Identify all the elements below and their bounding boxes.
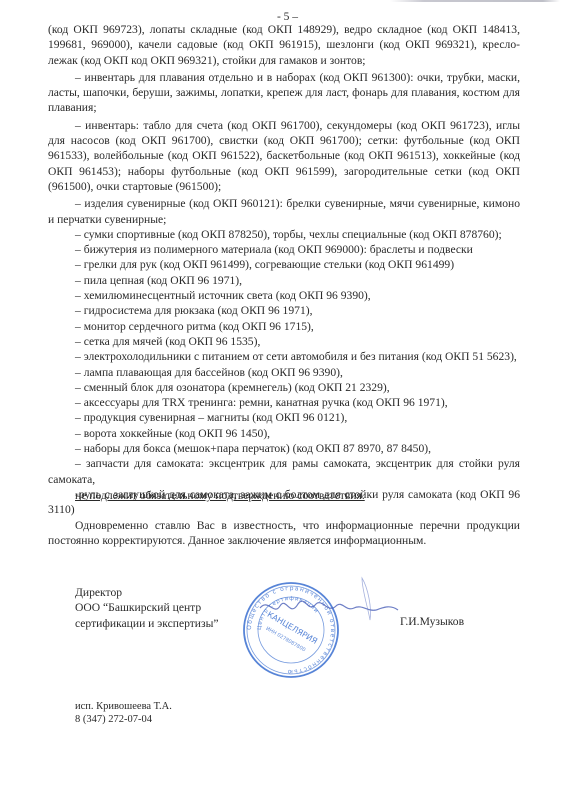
list-item: – хемилюминесцентный источник света (код… bbox=[48, 288, 520, 303]
executor-block: исп. Кривошеева Т.А. 8 (347) 272-07-04 bbox=[75, 700, 172, 726]
scan-edge-artifact bbox=[390, 0, 560, 2]
list-item: – наборы для бокса (мешок+пара перчаток)… bbox=[48, 441, 520, 456]
notice-line-1: Одновременно ставлю Вас в известность, ч… bbox=[48, 518, 520, 533]
signatory-org-line-1: ООО “Башкирский центр bbox=[75, 600, 219, 615]
paragraph-swimming-inventory: – инвентарь для плавания отдельно и в на… bbox=[48, 70, 520, 116]
list-item: – бижутерия из полимерного материала (ко… bbox=[48, 242, 520, 257]
list-item: – ворота хоккейные (код ОКП 96 1450), bbox=[48, 426, 520, 441]
list-item-scooter-parts: – запчасти для самоката: эксцентрик для … bbox=[48, 456, 520, 487]
paragraph-inventory: – инвентарь: табло для счета (код ОКП 96… bbox=[48, 118, 520, 194]
conclusion-text: не подлежит обязательному подтверждению … bbox=[75, 489, 365, 502]
handwritten-signature-icon bbox=[250, 568, 410, 638]
list-item: – монитор сердечного ритма (код ОКП 96 1… bbox=[48, 319, 520, 334]
signatory-org-line-2: сертификации и экспертизы” bbox=[75, 616, 219, 631]
paragraph-continuation: (код ОКП 969723), лопаты складные (код О… bbox=[48, 22, 520, 68]
list-item: – грелки для рук (код ОКП 961499), согре… bbox=[48, 257, 520, 272]
executor-name: исп. Кривошеева Т.А. bbox=[75, 700, 172, 713]
executor-phone: 8 (347) 272-07-04 bbox=[75, 713, 172, 726]
signatory-title: Директор bbox=[75, 585, 219, 600]
signatory-name: Г.И.Музыков bbox=[400, 615, 464, 628]
list-item: – сетка для мячей (код ОКП 96 1535), bbox=[48, 334, 520, 349]
list-item: – продукция сувенирная – магниты (код ОК… bbox=[48, 410, 520, 425]
list-item: – сменный блок для озонатора (кремнегель… bbox=[48, 380, 520, 395]
list-item: – пила цепная (код ОКП 96 1971), bbox=[48, 273, 520, 288]
list-item: – лампа плавающая для бассейнов (код ОКП… bbox=[48, 365, 520, 380]
list-item: – гидросистема для рюкзака (код ОКП 96 1… bbox=[48, 303, 520, 318]
list-item: – сумки спортивные (код ОКП 878250), тор… bbox=[48, 227, 520, 242]
notice-line-2: постоянно корректируются. Данное заключе… bbox=[48, 533, 520, 548]
signatory-block: Директор ООО “Башкирский центр сертифика… bbox=[75, 585, 219, 631]
paragraph-souvenirs: – изделия сувенирные (код ОКП 960121): б… bbox=[48, 196, 520, 227]
list-item: – аксессуары для TRX тренинга: ремни, ка… bbox=[48, 395, 520, 410]
notice-paragraph: Одновременно ставлю Вас в известность, ч… bbox=[48, 518, 520, 549]
document-body: (код ОКП 969723), лопаты складные (код О… bbox=[48, 22, 520, 518]
list-item: – электрохолодильники с питанием от сети… bbox=[48, 349, 520, 364]
product-list: – сумки спортивные (код ОКП 878250), тор… bbox=[48, 227, 520, 518]
